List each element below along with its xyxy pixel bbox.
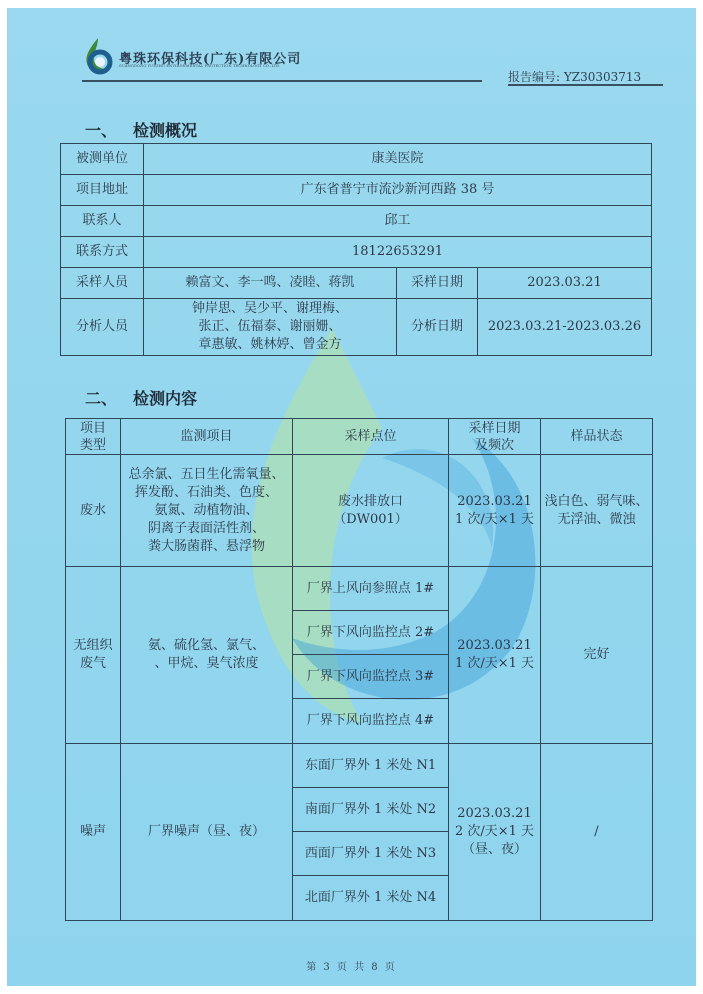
state-cell: 浅白色、弱气味、无浮油、微浊: [541, 455, 653, 567]
address-label: 项目地址: [61, 175, 144, 206]
unit-value: 康美医院: [144, 144, 652, 175]
state-cell: 完好: [541, 567, 653, 744]
col-header-frequency: 采样日期及频次: [449, 419, 541, 455]
items-cell: 总余氯、五日生化需氧量、挥发酚、石油类、色度、氨氮、动植物油、阴离子表面活性剂、…: [121, 455, 293, 567]
table-header-row: 项目类型 监测项目 采样点位 采样日期及频次 样品状态: [66, 419, 653, 455]
sampler-label: 采样人员: [61, 268, 144, 299]
points-cell: 厂界上风向参照点 1# 厂界下风向监控点 2# 厂界下风向监控点 3# 厂界下风…: [293, 567, 449, 744]
table-row: 废水 总余氯、五日生化需氧量、挥发酚、石油类、色度、氨氮、动植物油、阴离子表面活…: [66, 455, 653, 567]
state-cell: /: [541, 744, 653, 921]
contact-value: 邱工: [144, 206, 652, 237]
analyst-line: 钟岸思、吴少平、谢理梅、: [144, 300, 396, 318]
sample-date-value: 2023.03.21: [478, 268, 652, 299]
contact-label: 联系人: [61, 206, 144, 237]
items-cell: 氨、硫化氢、氯气、、甲烷、臭气浓度: [121, 567, 293, 744]
section-1-number: 一、: [85, 118, 133, 141]
report-page: 粤珠环保科技(广东)有限公司 GUANGDONG YUEZHU ENVIRONM…: [7, 8, 696, 986]
frequency-cell: 2023.03.212 次/天×1 天（昼、夜）: [449, 744, 541, 921]
sampling-point: 北面厂界外 1 米处 N4: [293, 876, 448, 920]
table-row: 被测单位 康美医院: [61, 144, 652, 175]
analyst-value: 钟岸思、吴少平、谢理梅、 张正、伍福泰、谢丽姗、 章惠敏、姚林婷、曾金方: [144, 299, 397, 356]
points-cell: 废水排放口（DW001）: [293, 455, 449, 567]
address-value: 广东省普宁市流沙新河西路 38 号: [144, 175, 652, 206]
section-2-number: 二、: [85, 386, 133, 409]
sampling-point: 南面厂界外 1 米处 N2: [293, 788, 448, 832]
col-header-points: 采样点位: [293, 419, 449, 455]
section-1-label: 检测概况: [133, 121, 197, 140]
sampling-point: 厂界下风向监控点 3#: [293, 655, 448, 699]
page-number: 第 3 页 共 8 页: [7, 958, 696, 973]
sampling-point: 西面厂界外 1 米处 N3: [293, 832, 448, 876]
phone-value: 18122653291: [144, 237, 652, 268]
analyst-label: 分析人员: [61, 299, 144, 356]
analysis-date-value: 2023.03.21-2023.03.26: [478, 299, 652, 356]
analyst-line: 张正、伍福泰、谢丽姗、: [144, 318, 396, 336]
type-cell: 无组织废气: [66, 567, 121, 744]
sampling-point: 东面厂界外 1 米处 N1: [293, 744, 448, 788]
section-1-title: 一、检测概况: [85, 118, 197, 141]
points-cell: 东面厂界外 1 米处 N1 南面厂界外 1 米处 N2 西面厂界外 1 米处 N…: [293, 744, 449, 921]
section-2-title: 二、检测内容: [85, 386, 197, 409]
frequency-cell: 2023.03.211 次/天×1 天: [449, 455, 541, 567]
company-name-en: GUANGDONG YUEZHU ENVIRONMENTAL PROTECTIO…: [119, 64, 280, 68]
sampling-point: 厂界下风向监控点 2#: [293, 611, 448, 655]
sampling-point: 厂界上风向参照点 1#: [293, 567, 448, 611]
table-row: 分析人员 钟岸思、吴少平、谢理梅、 张正、伍福泰、谢丽姗、 章惠敏、姚林婷、曾金…: [61, 299, 652, 356]
unit-label: 被测单位: [61, 144, 144, 175]
header-rule-right: [508, 84, 663, 86]
header-rule: [82, 80, 482, 82]
report-number: 报告编号: YZ30303713: [508, 68, 641, 85]
sample-date-label: 采样日期: [397, 268, 478, 299]
frequency-cell: 2023.03.211 次/天×1 天: [449, 567, 541, 744]
table-row: 采样人员 赖富文、李一鸣、凌睦、蒋凯 采样日期 2023.03.21: [61, 268, 652, 299]
col-header-type: 项目类型: [66, 419, 121, 455]
sampler-value: 赖富文、李一鸣、凌睦、蒋凯: [144, 268, 397, 299]
sampling-point: 厂界下风向监控点 4#: [293, 699, 448, 743]
type-cell: 噪声: [66, 744, 121, 921]
table-row: 噪声 厂界噪声（昼、夜） 东面厂界外 1 米处 N1 南面厂界外 1 米处 N2…: [66, 744, 653, 921]
phone-label: 联系方式: [61, 237, 144, 268]
analyst-line: 章惠敏、姚林婷、曾金方: [144, 336, 396, 354]
content-table: 项目类型 监测项目 采样点位 采样日期及频次 样品状态 废水 总余氯、五日生化需…: [65, 418, 653, 921]
table-row: 项目地址 广东省普宁市流沙新河西路 38 号: [61, 175, 652, 206]
overview-table: 被测单位 康美医院 项目地址 广东省普宁市流沙新河西路 38 号 联系人 邱工 …: [60, 143, 652, 356]
col-header-items: 监测项目: [121, 419, 293, 455]
table-row: 联系方式 18122653291: [61, 237, 652, 268]
table-row: 无组织废气 氨、硫化氢、氯气、、甲烷、臭气浓度 厂界上风向参照点 1# 厂界下风…: [66, 567, 653, 744]
analysis-date-label: 分析日期: [397, 299, 478, 356]
items-cell: 厂界噪声（昼、夜）: [121, 744, 293, 921]
table-row: 联系人 邱工: [61, 206, 652, 237]
company-logo-icon: [80, 36, 116, 76]
type-cell: 废水: [66, 455, 121, 567]
section-2-label: 检测内容: [133, 389, 197, 408]
col-header-state: 样品状态: [541, 419, 653, 455]
